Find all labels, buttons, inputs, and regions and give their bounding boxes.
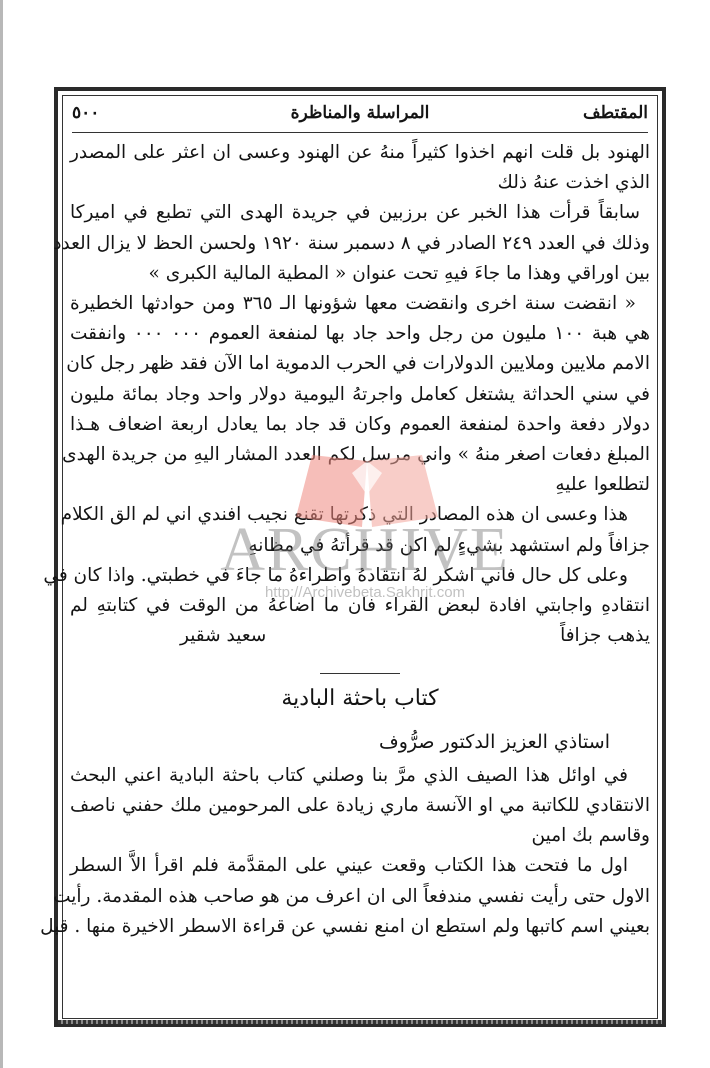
quote-line: « انقضت سنة اخرى وانقضت معها شؤونها الـ … — [70, 289, 650, 319]
text-line: في اوائل هذا الصيف الذي مرَّ بنا وصلني ك… — [70, 761, 650, 791]
text-line: بين اوراقي وهذا ما جاءَ فيهِ تحت عنوان «… — [70, 259, 650, 289]
header-rule — [72, 132, 648, 133]
text-line: بعيني اسم كاتبها ولم استطع ان امنع نفسي … — [70, 912, 650, 942]
text-line: يذهب جزافاً — [560, 621, 650, 651]
text-line: وعلى كل حال فاني اشكر لهُ انتقادهُ واطرا… — [70, 561, 650, 591]
text-line: الاول حتى رأيت نفسي مندفعاً الى ان اعرف … — [70, 882, 650, 912]
quote-line: دولار دفعة واحدة لمنفعة العموم وكان قد ج… — [70, 410, 650, 440]
quote-line: الامم ملايين وملايين الدولارات في الحرب … — [70, 349, 650, 379]
text-line: هذا وعسى ان هذه المصادر التي ذكرتها تقنع… — [70, 500, 650, 530]
quote-line: في سني الحداثة يشتغل كعامل واجرتهُ اليوم… — [70, 380, 650, 410]
running-header: المقتطف المراسلة والمناظرة ٥٠٠ — [72, 98, 648, 128]
text-line: الذي اخذت عنهُ ذلك — [70, 168, 650, 198]
article-title: كتاب باحثة البادية — [70, 684, 650, 714]
author-signature: سعيد شقير — [70, 621, 266, 651]
text-line: لتطلعوا عليهِ — [70, 470, 650, 500]
scan-edge — [0, 0, 3, 1068]
text-line: جزافاً ولم استشهد بشيءٍ لم اكن قد قرأتهُ… — [70, 531, 650, 561]
text-line: الانتقادي للكاتبة مي او الآنسة ماري زياد… — [70, 791, 650, 821]
article-correspondence: الهنود بل قلت انهم اخذوا كثيراً منهُ عن … — [70, 138, 650, 651]
closing-line: يذهب جزافاً سعيد شقير — [70, 621, 650, 651]
text-line: الهنود بل قلت انهم اخذوا كثيراً منهُ عن … — [70, 138, 650, 168]
text-line: سابقاً قرأت هذا الخبر عن برزبين في جريدة… — [70, 198, 650, 228]
text-line: وذلك في العدد ٢٤٩ الصادر في ٨ دسمبر سنة … — [70, 229, 650, 259]
section-title: المراسلة والمناظرة — [72, 103, 648, 123]
text-line: وقاسم بك امين — [70, 821, 650, 851]
salutation: استاذي العزيز الدكتور صرُّوف — [70, 727, 650, 757]
article-separator — [320, 673, 400, 674]
bottom-border-ornament — [58, 1020, 662, 1024]
text-line: اول ما فتحت هذا الكتاب وقعت عيني على الم… — [70, 851, 650, 881]
page-body: الهنود بل قلت انهم اخذوا كثيراً منهُ عن … — [70, 138, 650, 942]
quote-line: المبلغ دفعات اصغر منهُ » واني مرسل لكم ا… — [70, 440, 650, 470]
article-book-review: كتاب باحثة البادية استاذي العزيز الدكتور… — [70, 684, 650, 942]
quote-line: هي هبة ١٠٠ مليون من رجل واحد جاد بها لمن… — [70, 319, 650, 349]
text-line: انتقادهِ واجابتي افادة لبعض القراء فان م… — [70, 591, 650, 621]
